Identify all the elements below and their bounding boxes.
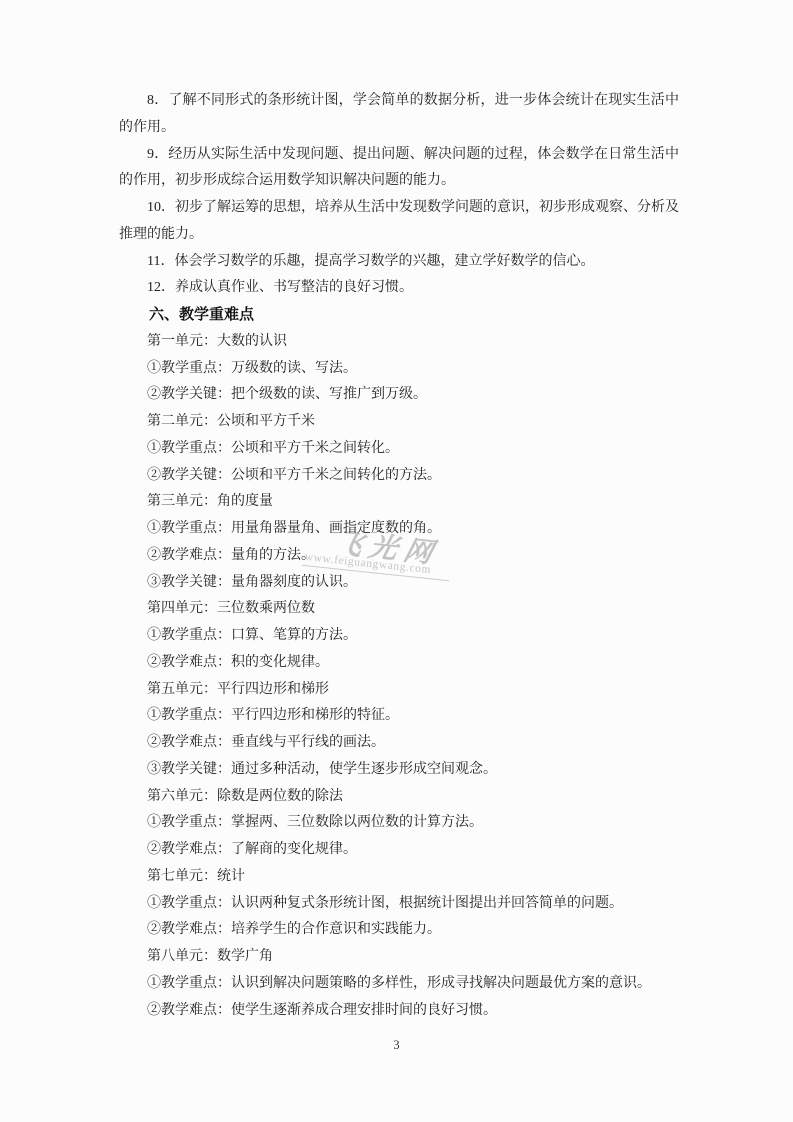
paragraph: 第七单元：统计 [119,864,679,891]
paragraph: ②教学难点：培养学生的合作意识和实践能力。 [119,917,679,944]
paragraph: 10．初步了解运筹的思想，培养从生活中发现数学问题的意识，初步形成观察、分析及推… [119,195,679,249]
paragraph: 8．了解不同形式的条形统计图，学会简单的数据分析，进一步体会统计在现实生活中的作… [119,88,679,142]
paragraph: ①教学重点：认识到解决问题策略的多样性，形成寻找解决问题最优方案的意识。 [119,971,679,998]
paragraph: ①教学重点：掌握两、三位数除以两位数的计算方法。 [119,810,679,837]
paragraph: 第八单元：数学广角 [119,944,679,971]
paragraph: 11．体会学习数学的乐趣，提高学习数学的兴趣，建立学好数学的信心。 [119,249,679,276]
paragraph: ①教学重点：认识两种复式条形统计图，根据统计图提出并回答简单的问题。 [119,891,679,918]
paragraph: 第三单元：角的度量 [119,489,679,516]
paragraph: 第二单元：公顷和平方千米 [119,409,679,436]
paragraph: ③教学关键：通过多种活动，使学生逐步形成空间观念。 [119,757,679,784]
paragraph: 第六单元：除数是两位数的除法 [119,784,679,811]
paragraph: 第四单元：三位数乘两位数 [119,596,679,623]
page-number: 3 [0,1038,793,1053]
document-page: 8．了解不同形式的条形统计图，学会简单的数据分析，进一步体会统计在现实生活中的作… [0,0,793,1122]
paragraph: 第五单元：平行四边形和梯形 [119,677,679,704]
paragraph: ①教学重点：用量角器量角、画指定度数的角。 [119,516,679,543]
paragraph: ①教学重点：平行四边形和梯形的特征。 [119,703,679,730]
paragraph: 9．经历从实际生活中发现问题、提出问题、解决问题的过程，体会数学在日常生活中的作… [119,142,679,196]
paragraph: 12．养成认真作业、书写整洁的良好习惯。 [119,275,679,302]
paragraph: 第一单元：大数的认识 [119,329,679,356]
paragraph: ②教学关键：把个级数的读、写推广到万级。 [119,382,679,409]
document-content: 8．了解不同形式的条形统计图，学会简单的数据分析，进一步体会统计在现实生活中的作… [119,88,679,1024]
paragraph: ②教学难点：垂直线与平行线的画法。 [119,730,679,757]
section-heading: 六、教学重难点 [119,302,679,329]
paragraph: ②教学难点：积的变化规律。 [119,650,679,677]
paragraph: ②教学难点：了解商的变化规律。 [119,837,679,864]
paragraph: ①教学重点：万级数的读、写法。 [119,356,679,383]
paragraph: ②教学难点：使学生逐渐养成合理安排时间的良好习惯。 [119,998,679,1025]
paragraph: ②教学关键：公顷和平方千米之间转化的方法。 [119,463,679,490]
paragraph: ②教学难点：量角的方法。 [119,543,679,570]
paragraph: ①教学重点：公顷和平方千米之间转化。 [119,436,679,463]
paragraph: ③教学关键：量角器刻度的认识。 [119,570,679,597]
paragraph: ①教学重点：口算、笔算的方法。 [119,623,679,650]
